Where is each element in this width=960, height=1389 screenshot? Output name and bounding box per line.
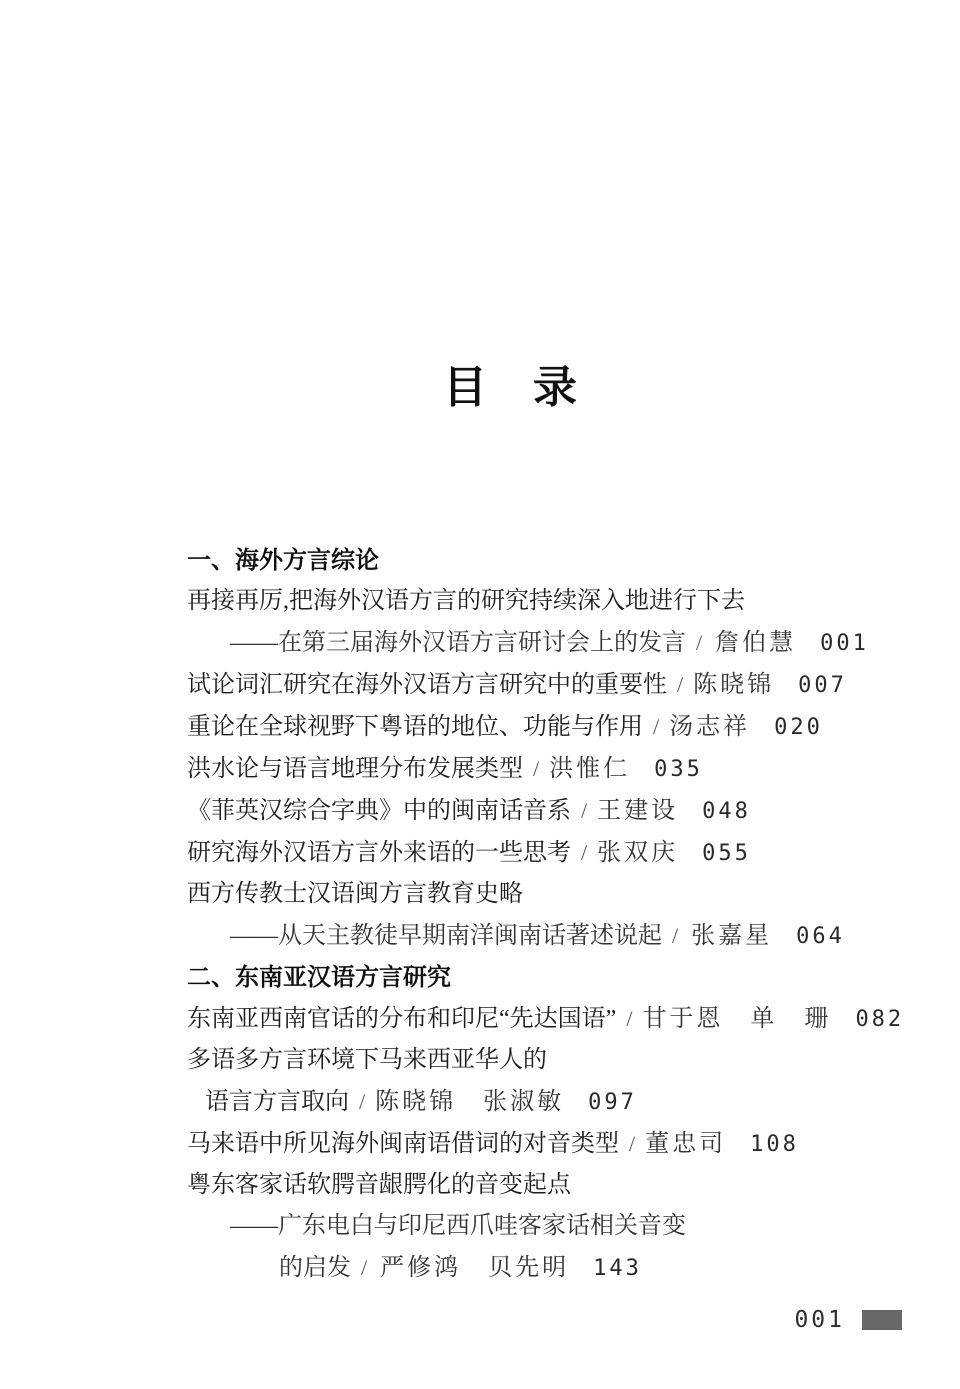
entry-authors: 严修鸿 贝先明 — [380, 1255, 569, 1281]
entry-authors: 陈晓锦 张淑敏 — [375, 1089, 564, 1115]
entry-separator: / — [653, 714, 659, 739]
entry-separator: / — [629, 1131, 635, 1156]
entry-title: 重论在全球视野下粤语的地位、功能与作用 — [187, 714, 643, 740]
entry-separator: / — [672, 923, 681, 948]
entry-title: 洪水论与语言地理分布发展类型 — [187, 756, 523, 782]
toc-body: 一、海外方言综论再接再厉,把海外汉语方言的研究持续深入地进行下去——在第三届海外… — [187, 540, 887, 1289]
toc-entry: 马来语中所见海外闽南语借词的对音类型/董忠司108 — [187, 1123, 887, 1165]
entry-title: 西方传教士汉语闽方言教育史略 — [187, 881, 523, 907]
entry-authors: 张嘉星 — [691, 923, 772, 949]
toc-entry: 《菲英汉综合字典》中的闽南话音系/王建设048 — [187, 790, 887, 832]
entry-title: ——广东电白与印尼西爪哇客家话相关音变 — [230, 1213, 686, 1239]
toc-entry: 试论词汇研究在海外汉语方言研究中的重要性/陈晓锦007 — [187, 664, 887, 706]
entry-title: ——在第三届海外汉语方言研讨会上的发言 — [230, 630, 686, 656]
entry-page-number: 055 — [702, 841, 751, 866]
toc-entry: 重论在全球视野下粤语的地位、功能与作用/汤志祥020 — [187, 706, 887, 748]
entry-page-number: 097 — [588, 1090, 637, 1115]
toc-entry: 西方传教士汉语闽方言教育史略 — [187, 874, 887, 915]
toc-entry: 东南亚西南官话的分布和印尼“先达国语”/甘于恩 单 珊082 — [187, 998, 887, 1040]
entry-authors: 张双庆 — [597, 840, 678, 866]
entry-authors: 洪惟仁 — [549, 756, 630, 782]
entry-page-number: 048 — [702, 799, 751, 824]
toc-entry: 粤东客家话软腭音龈腭化的音变起点 — [187, 1165, 887, 1206]
entry-title: 东南亚西南官话的分布和印尼“先达国语” — [187, 1006, 616, 1032]
entry-separator: / — [361, 1255, 370, 1280]
toc-entry: 洪水论与语言地理分布发展类型/洪惟仁035 — [187, 748, 887, 790]
entry-title: 粤东客家话软腭音龈腭化的音变起点 — [187, 1172, 571, 1198]
toc-entry: 语言方言取向/陈晓锦 张淑敏097 — [187, 1081, 887, 1123]
entry-title: 马来语中所见海外闽南语借词的对音类型 — [187, 1131, 619, 1157]
entry-page-number: 082 — [855, 1007, 904, 1032]
toc-entry: 再接再厉,把海外汉语方言的研究持续深入地进行下去 — [187, 581, 887, 622]
entry-page-number: 001 — [820, 631, 869, 656]
entry-title: ——从天主教徒早期南洋闽南话著述说起 — [230, 923, 662, 949]
entry-separator: / — [626, 1006, 632, 1031]
entry-title: 试论词汇研究在海外汉语方言研究中的重要性 — [187, 672, 667, 698]
entry-page-number: 064 — [796, 924, 845, 949]
toc-entry: ——从天主教徒早期南洋闽南话著述说起/张嘉星064 — [187, 915, 887, 957]
entry-title: 的启发 — [279, 1255, 351, 1281]
entry-page-number: 007 — [798, 673, 847, 698]
entry-title: 多语多方言环境下马来西亚华人的 — [187, 1047, 547, 1073]
entry-separator: / — [696, 630, 705, 655]
toc-page: 目 录 一、海外方言综论再接再厉,把海外汉语方言的研究持续深入地进行下去——在第… — [0, 0, 960, 1389]
entry-separator: / — [533, 756, 539, 781]
entry-page-number: 143 — [593, 1256, 642, 1281]
entry-separator: / — [581, 798, 587, 823]
entry-separator: / — [359, 1089, 365, 1114]
toc-entry: 研究海外汉语方言外来语的一些思考/张双庆055 — [187, 832, 887, 874]
toc-entry: ——广东电白与印尼西爪哇客家话相关音变 — [187, 1206, 887, 1247]
toc-entry: 多语多方言环境下马来西亚华人的 — [187, 1040, 887, 1081]
entry-separator: / — [677, 672, 683, 697]
page-footer: 001 — [794, 1306, 902, 1334]
section-heading: 二、东南亚汉语方言研究 — [187, 957, 887, 998]
entry-authors: 董忠司 — [645, 1131, 726, 1157]
footer-page-number: 001 — [794, 1307, 845, 1333]
entry-page-number: 020 — [774, 715, 823, 740]
entry-authors: 陈晓锦 — [693, 672, 774, 698]
toc-entry: 的启发/严修鸿 贝先明143 — [187, 1247, 887, 1289]
toc-entry: ——在第三届海外汉语方言研讨会上的发言/詹伯慧001 — [187, 622, 887, 664]
entry-title: 《菲英汉综合字典》中的闽南话音系 — [187, 798, 571, 824]
section-heading: 一、海外方言综论 — [187, 540, 887, 581]
entry-authors: 甘于恩 单 珊 — [642, 1006, 831, 1032]
entry-page-number: 108 — [750, 1132, 799, 1157]
entry-authors: 詹伯慧 — [715, 630, 796, 656]
entry-authors: 汤志祥 — [669, 714, 750, 740]
page-title: 目 录 — [443, 362, 578, 415]
footer-marker — [862, 1310, 902, 1330]
entry-page-number: 035 — [654, 757, 703, 782]
entry-title: 语言方言取向 — [205, 1089, 349, 1115]
entry-title: 再接再厉,把海外汉语方言的研究持续深入地进行下去 — [187, 588, 745, 614]
entry-title: 研究海外汉语方言外来语的一些思考 — [187, 840, 571, 866]
entry-authors: 王建设 — [597, 798, 678, 824]
entry-separator: / — [581, 840, 587, 865]
